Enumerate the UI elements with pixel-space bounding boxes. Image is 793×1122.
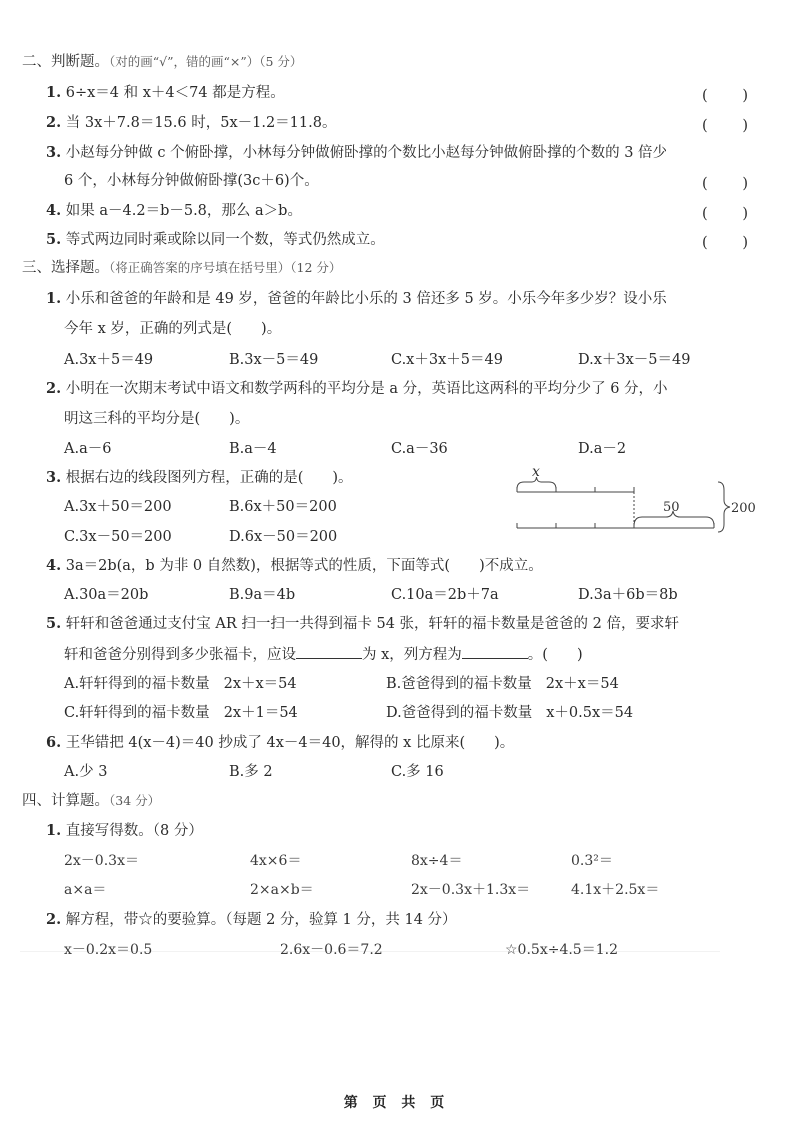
diagram-label-200: 200	[731, 501, 756, 516]
judge-item-4: 4. 如果 a－4.2＝b－5.8，那么 a＞b。	[46, 201, 302, 221]
choice-4-option-c[interactable]: C.10a＝2b＋7a	[391, 585, 499, 605]
item-number: 1.	[46, 290, 61, 307]
choice-item-5-cont: 轩和爸爸分别得到多少张福卡，应设为 x，列方程为。( )	[64, 644, 583, 665]
item-number: 4.	[46, 557, 61, 574]
calc-2-3[interactable]: 2x－0.3x＋1.3x＝	[411, 880, 530, 900]
option-label: D.爸爸得到的福卡数量	[386, 705, 532, 721]
paren-right: )	[742, 233, 748, 253]
choice-2-option-c[interactable]: C.a－36	[391, 439, 448, 459]
fill-blank-variable[interactable]	[296, 644, 362, 659]
choice-item-2-cont[interactable]: 明这三科的平均分是( )。	[64, 409, 249, 429]
choice-2-option-d[interactable]: D.a－2	[578, 439, 626, 459]
item-number: 2.	[46, 114, 61, 131]
item-text[interactable]: 根据右边的线段图列方程，正确的是( )。	[66, 470, 353, 486]
choice-1-option-b[interactable]: B.3x－5＝49	[229, 350, 318, 370]
choice-5-option-d[interactable]: D.爸爸得到的福卡数量x＋0.5x＝54	[386, 703, 633, 723]
paren-left: (	[702, 233, 708, 253]
section2-heading: 二、判断题。（对的画“√”，错的画“×”）（5 分）	[22, 52, 302, 72]
choice-2-option-b[interactable]: B.a－4	[229, 439, 277, 459]
line-segment-diagram: x 50 200	[506, 462, 786, 537]
equation-3-star[interactable]: ☆0.5x÷4.5＝1.2	[505, 940, 618, 960]
item-text: 等式两边同时乘或除以同一个数，等式仍然成立。	[66, 232, 385, 248]
choice-4-option-a[interactable]: A.30a＝20b	[64, 585, 148, 605]
choice-item-2: 2. 小明在一次期末考试中语文和数学两科的平均分是 a 分，英语比这两科的平均分…	[46, 379, 668, 399]
calc-2-1[interactable]: a×a＝	[64, 880, 106, 900]
option-label: A.轩轩得到的福卡数量	[64, 676, 210, 692]
item-text[interactable]: 王华错把 4(x－4)＝40 抄成了 4x－4＝40，解得的 x 比原来( )。	[66, 735, 515, 751]
item-text: 解方程，带☆的要验算。（每题 2 分，验算 1 分，共 14 分）	[66, 912, 457, 928]
judge-item-3-cont: 6 个，小林每分钟做俯卧撑(3c＋6)个。	[64, 171, 319, 191]
option-equation: 2x＋x＝54	[546, 676, 619, 692]
calc-1-4[interactable]: 0.3²＝	[571, 851, 613, 871]
item-text: 6÷x＝4 和 x＋4＜74 都是方程。	[66, 85, 285, 101]
choice-5-option-b[interactable]: B.爸爸得到的福卡数量2x＋x＝54	[386, 674, 619, 694]
equation-2[interactable]: 2.6x－0.6＝7.2	[280, 940, 383, 960]
option-equation: x＋0.5x＝54	[546, 705, 633, 721]
choice-3-option-a[interactable]: A.3x＋50＝200	[64, 497, 172, 517]
item-number: 3.	[46, 144, 61, 161]
calc-2-4[interactable]: 4.1x＋2.5x＝	[571, 880, 659, 900]
item-number: 2.	[46, 380, 61, 397]
item-text: 如果 a－4.2＝b－5.8，那么 a＞b。	[66, 203, 302, 219]
equation-1[interactable]: x－0.2x＝0.5	[64, 940, 152, 960]
choice-6-option-b[interactable]: B.多 2	[229, 762, 273, 782]
item-number: 2.	[46, 911, 61, 928]
choice-2-option-a[interactable]: A.a－6	[64, 439, 111, 459]
paren-left: (	[702, 204, 708, 224]
paren-left: (	[702, 174, 708, 194]
section4-note: （34 分）	[109, 793, 160, 808]
choice-3-option-c[interactable]: C.3x－50＝200	[64, 527, 172, 547]
section3-note: （将正确答案的序号填在括号里）（12 分）	[109, 260, 341, 275]
section4-title: 四、计算题。	[22, 793, 109, 809]
choice-1-option-c[interactable]: C.x＋3x＋5＝49	[391, 350, 503, 370]
paren-right: )	[742, 116, 748, 136]
choice-item-1-cont[interactable]: 今年 x 岁，正确的列式是( )。	[64, 319, 281, 339]
line-segment-diagram-svg: x 50 200	[506, 462, 786, 537]
item-text: 轩轩和爸爸通过支付宝 AR 扫一扫一共得到福卡 54 张，轩轩的福卡数量是爸爸的…	[66, 616, 679, 632]
choice-5-option-c[interactable]: C.轩轩得到的福卡数量2x＋1＝54	[64, 703, 298, 723]
diagram-label-x: x	[532, 464, 540, 480]
item-text: 直接写得数。（8 分）	[66, 823, 203, 839]
item-number: 1.	[46, 822, 61, 839]
judge-item-1: 1. 6÷x＝4 和 x＋4＜74 都是方程。	[46, 83, 285, 103]
judge-item-2: 2. 当 3x＋7.8＝15.6 时，5x－1.2＝11.8。	[46, 113, 336, 133]
choice-item-1: 1. 小乐和爸爸的年龄和是 49 岁，爸爸的年龄比小乐的 3 倍还多 5 岁。小…	[46, 289, 667, 309]
option-equation: 2x＋x＝54	[224, 676, 297, 692]
option-equation: 2x＋1＝54	[224, 705, 298, 721]
section3-title: 三、选择题。	[22, 260, 109, 276]
page-footer: 第 页 共 页	[0, 1092, 793, 1112]
choice-4-option-b[interactable]: B.9a＝4b	[229, 585, 295, 605]
choice-1-option-d[interactable]: D.x＋3x－5＝49	[578, 350, 690, 370]
calc-q1: 1. 直接写得数。（8 分）	[46, 821, 203, 841]
calc-1-1[interactable]: 2x－0.3x＝	[64, 851, 139, 871]
item-text-part: 轩和爸爸分别得到多少张福卡，应设	[64, 647, 296, 663]
item-number: 4.	[46, 202, 61, 219]
paren-right: )	[742, 174, 748, 194]
option-label: B.爸爸得到的福卡数量	[386, 676, 532, 692]
calc-q2: 2. 解方程，带☆的要验算。（每题 2 分，验算 1 分，共 14 分）	[46, 910, 457, 930]
calc-1-3[interactable]: 8x÷4＝	[411, 851, 462, 871]
choice-item-5: 5. 轩轩和爸爸通过支付宝 AR 扫一扫一共得到福卡 54 张，轩轩的福卡数量是…	[46, 614, 679, 634]
item-number: 6.	[46, 734, 61, 751]
judge-item-3: 3. 小赵每分钟做 c 个俯卧撑，小林每分钟做俯卧撑的个数比小赵每分钟做俯卧撑的…	[46, 143, 667, 163]
calc-1-2[interactable]: 4x×6＝	[250, 851, 301, 871]
choice-4-option-d[interactable]: D.3a＋6b＝8b	[578, 585, 678, 605]
choice-item-4: 4. 3a＝2b(a，b 为非 0 自然数)，根据等式的性质，下面等式( )不成…	[46, 556, 543, 576]
choice-3-option-d[interactable]: D.6x－50＝200	[229, 527, 337, 547]
item-text: 小赵每分钟做 c 个俯卧撑，小林每分钟做俯卧撑的个数比小赵每分钟做俯卧撑的个数的…	[66, 145, 667, 161]
choice-item-3: 3. 根据右边的线段图列方程，正确的是( )。	[46, 468, 353, 488]
choice-5-option-a[interactable]: A.轩轩得到的福卡数量2x＋x＝54	[64, 674, 297, 694]
section2-title: 二、判断题。	[22, 54, 109, 70]
item-number: 5.	[46, 231, 61, 248]
section3-heading: 三、选择题。（将正确答案的序号填在括号里）（12 分）	[22, 258, 341, 278]
choice-3-option-b[interactable]: B.6x＋50＝200	[229, 497, 337, 517]
choice-item-6: 6. 王华错把 4(x－4)＝40 抄成了 4x－4＝40，解得的 x 比原来(…	[46, 733, 514, 753]
item-number: 5.	[46, 615, 61, 632]
paren-left: (	[702, 86, 708, 106]
item-text: 小明在一次期末考试中语文和数学两科的平均分是 a 分，英语比这两科的平均分少了 …	[66, 381, 668, 397]
section2-note: （对的画“√”，错的画“×”）（5 分）	[109, 54, 302, 69]
fill-blank-equation[interactable]	[462, 644, 528, 659]
item-text-part[interactable]: 。( )	[528, 647, 583, 663]
item-text: 当 3x＋7.8＝15.6 时，5x－1.2＝11.8。	[66, 115, 337, 131]
item-text[interactable]: 3a＝2b(a，b 为非 0 自然数)，根据等式的性质，下面等式( )不成立。	[66, 558, 543, 574]
option-label: C.轩轩得到的福卡数量	[64, 705, 210, 721]
judge-item-5: 5. 等式两边同时乘或除以同一个数，等式仍然成立。	[46, 230, 385, 250]
item-number: 3.	[46, 469, 61, 486]
choice-1-option-a[interactable]: A.3x＋5＝49	[64, 350, 153, 370]
paren-right: )	[742, 204, 748, 224]
item-number: 1.	[46, 84, 61, 101]
section4-heading: 四、计算题。（34 分）	[22, 791, 160, 811]
paren-right: )	[742, 86, 748, 106]
item-text: 小乐和爸爸的年龄和是 49 岁，爸爸的年龄比小乐的 3 倍还多 5 岁。小乐今年…	[66, 291, 667, 307]
item-text-part: 为 x，列方程为	[362, 647, 462, 663]
paren-left: (	[702, 116, 708, 136]
choice-6-option-a[interactable]: A.少 3	[64, 762, 107, 782]
calc-2-2[interactable]: 2×a×b＝	[250, 880, 314, 900]
choice-6-option-c[interactable]: C.多 16	[391, 762, 444, 782]
diagram-label-50: 50	[663, 500, 680, 515]
